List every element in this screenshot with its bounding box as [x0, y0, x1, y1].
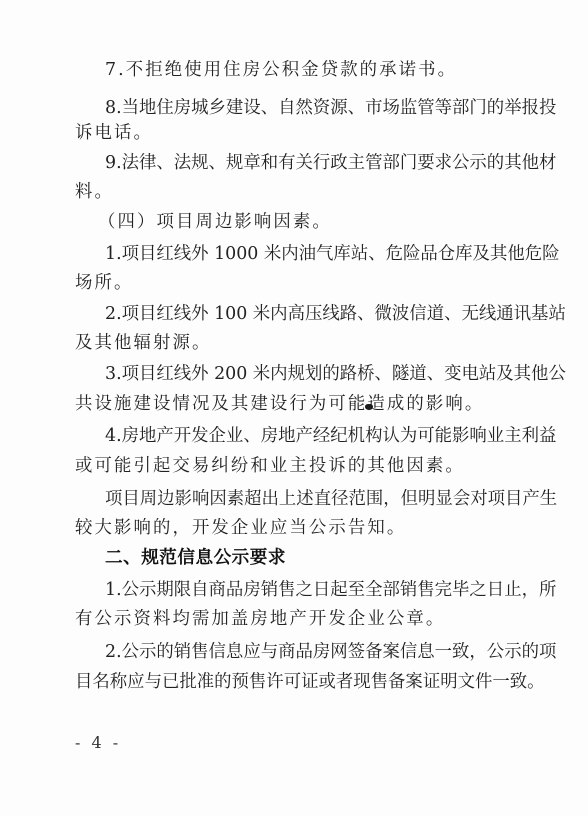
text-line-req-2: 2.公示的销售信息应与商品房网签备案信息一致，公示的项 [105, 637, 517, 667]
text-line-item-8-cont: 诉电话。 [75, 118, 517, 148]
text-line-factor-4: 4.房地产开发企业、房地产经纪机构认为可能影响业主利益 [105, 421, 517, 451]
text-line-note-cont: 较大影响的，开发企业应当公示告知。 [75, 513, 517, 543]
text-line-req-2-cont: 目名称应与已批准的预售许可证或者现售备案证明文件一致。 [75, 667, 517, 697]
text-line-req-1: 1.公示期限自商品房销售之日起至全部销售完毕之日止，所 [105, 575, 517, 605]
text-line-item-9: 9.法律、法规、规章和有关行政主管部门要求公示的其他材 [105, 148, 517, 178]
text-line-factor-4-cont: 或可能引起交易纠纷和业主投诉的其他因素。 [75, 451, 517, 481]
page-number: - 4 - [75, 733, 121, 752]
text-line-note: 项目周边影响因素超出上述直径范围，但明显会对项目产生 [105, 484, 517, 514]
text-line-factor-2: 2.项目红线外 100 米内高压线路、微波信道、无线通讯基站 [105, 299, 517, 329]
text-line-req-1-cont: 有公示资料均需加盖房地产开发企业公章。 [75, 604, 517, 634]
document-page: 7.不拒绝使用住房公积金贷款的承诺书。 8.当地住房城乡建设、自然资源、市场监管… [0, 0, 588, 816]
section-heading-2: 二、规范信息公示要求 [105, 543, 286, 573]
ink-smudge [365, 404, 373, 410]
section-subtitle-4: （四）项目周边影响因素。 [98, 207, 510, 237]
text-line-factor-3: 3.项目红线外 200 米内规划的路桥、隧道、变电站及其他公 [105, 359, 517, 389]
text-line-factor-1: 1.项目红线外 1000 米内油气库站、危险品仓库及其他危险 [105, 239, 517, 269]
text-line-factor-3-cont: 共设施建设情况及其建设行为可能造成的影响。 [75, 389, 517, 419]
text-line-factor-1-cont: 场所。 [75, 268, 517, 298]
text-line-factor-2-cont: 及其他辐射源。 [75, 328, 517, 358]
text-line-item-9-cont: 料。 [75, 177, 517, 207]
text-line-item-7: 7.不拒绝使用住房公积金贷款的承诺书。 [105, 55, 517, 85]
